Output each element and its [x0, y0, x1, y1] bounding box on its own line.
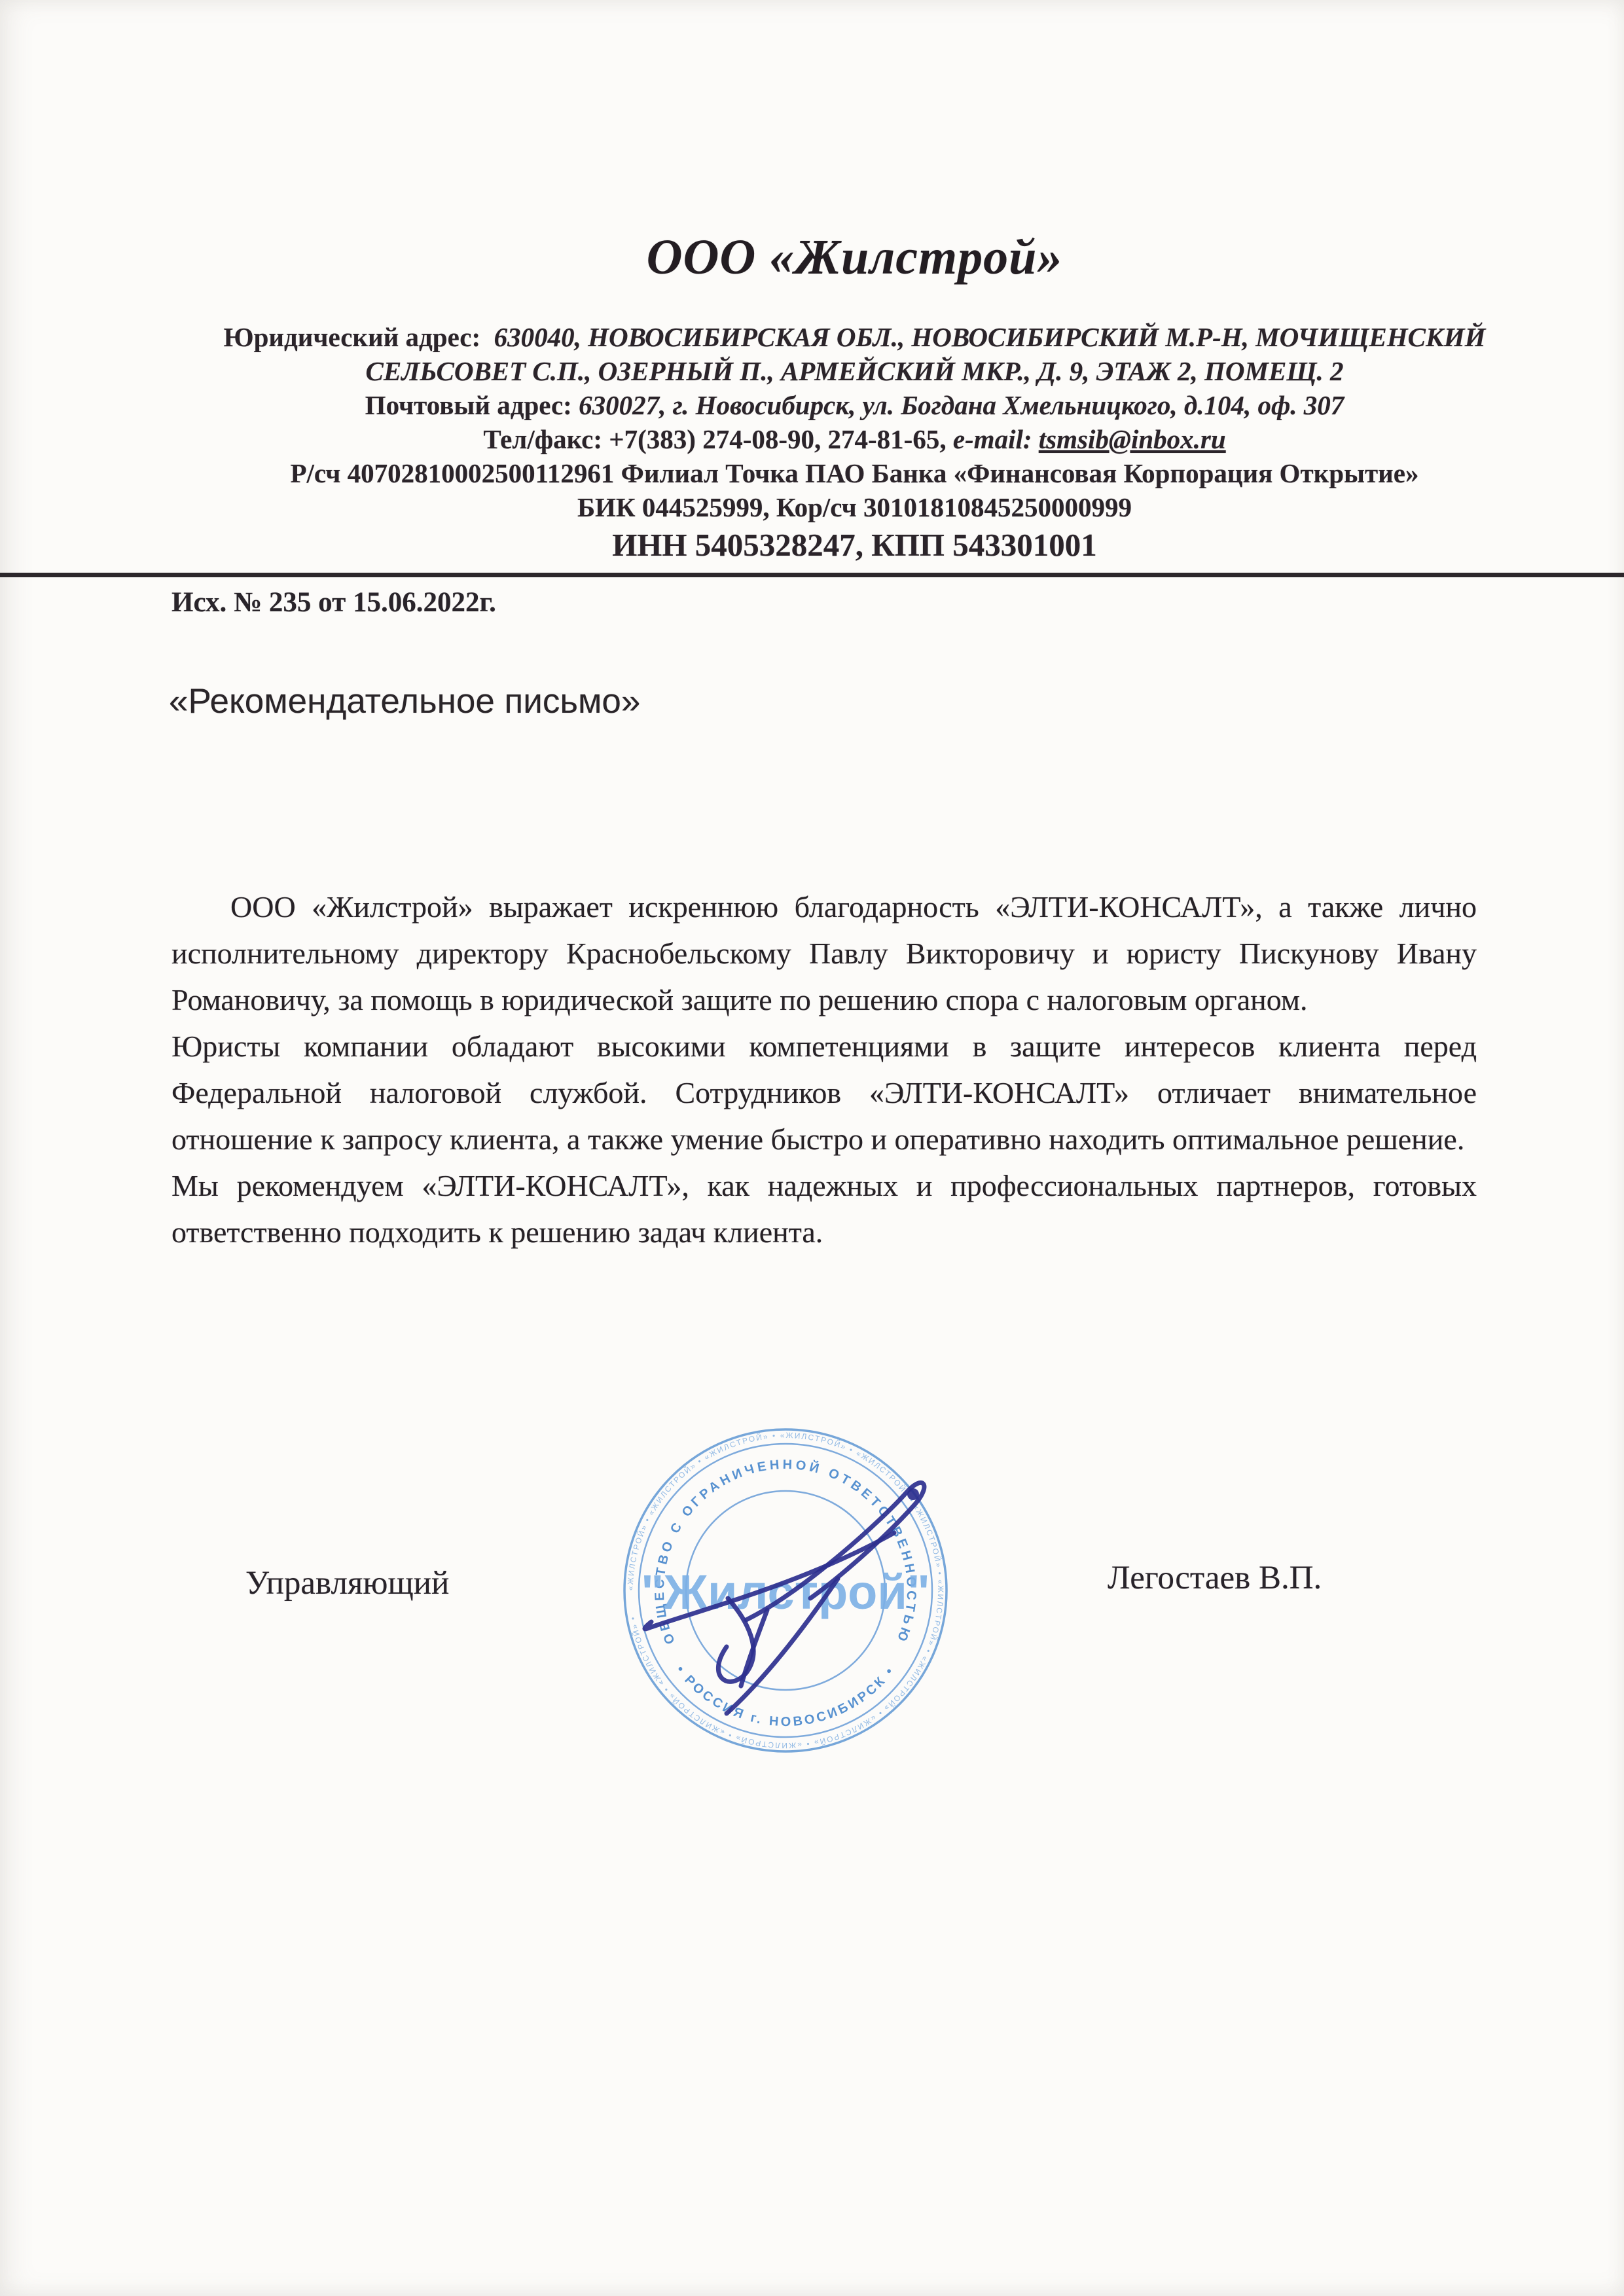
legal-address-line-2: СЕЛЬСОВЕТ С.П., ОЗЕРНЫЙ П., АРМЕЙСКИЙ МК…	[196, 354, 1513, 388]
letterhead: ООО «Жилстрой» Юридический адрес: 630040…	[0, 0, 1624, 562]
company-stamp: «ЖИЛСТРОЙ» • «ЖИЛСТРОЙ» • «ЖИЛСТРОЙ» • «…	[530, 1394, 1054, 1800]
stamp-center-text: "Жилстрой"	[641, 1565, 930, 1619]
legal-address-label: Юридический адрес:	[223, 322, 480, 352]
company-title: ООО «Жилстрой»	[196, 229, 1513, 286]
scanned-letter-page: ООО «Жилстрой» Юридический адрес: 630040…	[0, 0, 1624, 2296]
body-paragraph-1: ООО «Жилстрой» выражает искреннюю благод…	[171, 884, 1477, 1023]
bank-account-line: Р/сч 40702810002500112961 Филиал Точка П…	[196, 456, 1513, 490]
inn-kpp-line: ИНН 5405328247, КПП 543301001	[196, 528, 1513, 562]
outgoing-ref-line: Исх. № 235 от 15.06.2022г.	[0, 577, 1624, 619]
letter-body: ООО «Жилстрой» выражает искреннюю благод…	[0, 721, 1624, 1255]
email-value: tsmsib@inbox.ru	[1039, 424, 1226, 454]
phone-value: +7(383) 274-08-90, 274-81-65,	[609, 424, 946, 454]
legal-address-value: 630040, НОВОСИБИРСКАЯ ОБЛ., НОВОСИБИРСКИ…	[494, 322, 1486, 352]
subject-line: «Рекомендательное письмо»	[0, 619, 1624, 721]
bik-line: БИК 044525999, Кор/сч 301018108452500009…	[196, 490, 1513, 524]
postal-address-line: Почтовый адрес: 630027, г. Новосибирск, …	[196, 388, 1513, 422]
legal-address-line-1: Юридический адрес: 630040, НОВОСИБИРСКАЯ…	[196, 320, 1513, 354]
signatory-role: Управляющий	[245, 1564, 449, 1602]
body-paragraph-3: Мы рекомендуем «ЭЛТИ-КОНСАЛТ», как надеж…	[171, 1162, 1477, 1255]
email-label: e-mail:	[953, 424, 1032, 454]
signature-ink-blob	[907, 1488, 919, 1500]
phone-label: Тел/факс:	[483, 424, 602, 454]
postal-address-label: Почтовый адрес:	[365, 390, 572, 420]
body-paragraph-2: Юристы компании обладают высокими компет…	[171, 1023, 1477, 1162]
signatory-name: Легостаев В.П.	[1108, 1559, 1322, 1597]
phone-email-line: Тел/факс: +7(383) 274-08-90, 274-81-65, …	[196, 422, 1513, 456]
letterhead-divider	[0, 573, 1624, 577]
postal-address-value: 630027, г. Новосибирск, ул. Богдана Хмел…	[579, 390, 1344, 420]
